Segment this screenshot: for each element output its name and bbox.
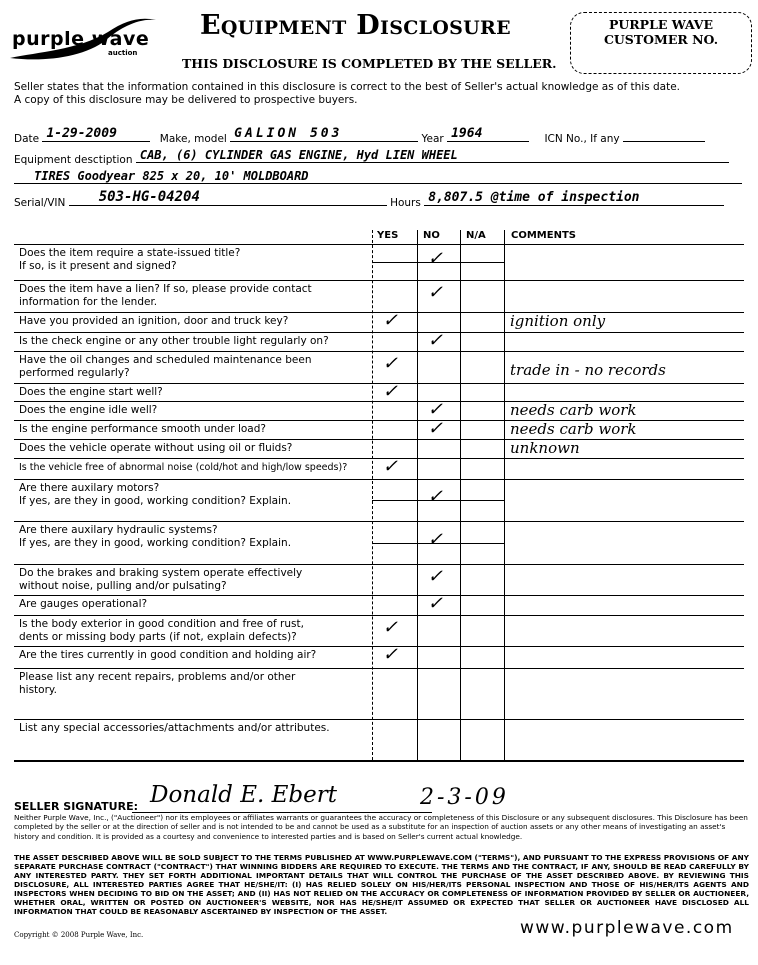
question-text: Does the engine idle well? xyxy=(19,404,157,417)
answer-cell-na[interactable] xyxy=(461,669,503,718)
question-text: Does the item require a state-issued tit… xyxy=(19,247,240,273)
answer-cell-no[interactable] xyxy=(418,313,459,331)
answer-cell-yes[interactable] xyxy=(373,565,416,594)
question-line: Does the engine start well? xyxy=(19,386,163,399)
answer-cell-na[interactable] xyxy=(461,333,503,350)
question-line: If yes, are they in good, working condit… xyxy=(19,537,291,550)
customer-number-box[interactable]: PURPLE WAVE CUSTOMER NO. xyxy=(570,12,752,74)
question-text: Does the vehicle operate without using o… xyxy=(19,442,292,455)
make-model-field[interactable]: GALION 503 xyxy=(230,127,418,142)
description-field-line2[interactable]: TIRES Goodyear 825 x 20, 10' MOLDBOARD xyxy=(14,169,742,184)
seller-signature-handwriting: Donald E. Ebert xyxy=(150,782,337,808)
header-yes: YES xyxy=(377,230,398,241)
question-line: history. xyxy=(19,684,295,697)
answer-cell-yes[interactable] xyxy=(373,522,416,563)
question-line: Does the item require a state-issued tit… xyxy=(19,247,240,260)
table-bottom-border xyxy=(14,760,744,762)
answer-cell-yes[interactable] xyxy=(373,421,416,438)
question-line: Are gauges operational? xyxy=(19,598,147,611)
answer-cell-na[interactable] xyxy=(461,402,503,419)
question-text: Please list any recent repairs, problems… xyxy=(19,671,295,697)
answer-cell-yes[interactable] xyxy=(373,440,416,457)
answer-cell-na[interactable] xyxy=(461,281,503,311)
question-text: Is the engine performance smooth under l… xyxy=(19,423,266,436)
question-text: Are gauges operational? xyxy=(19,598,147,611)
customer-box-line1: PURPLE WAVE xyxy=(571,17,751,32)
question-line: Does the vehicle operate without using o… xyxy=(19,442,292,455)
answer-cell-na[interactable] xyxy=(461,616,503,645)
answer-cell-na[interactable] xyxy=(461,647,503,667)
date-field[interactable]: 1-29-2009 xyxy=(42,127,150,142)
header-no: NO xyxy=(423,230,440,241)
fields-row-2: Equipment desctiption CAB, (6) CYLINDER … xyxy=(14,148,729,166)
answer-cell-yes[interactable] xyxy=(373,480,416,520)
answer-cell-na[interactable] xyxy=(461,480,503,520)
answer-cell-na[interactable] xyxy=(461,421,503,438)
question-line: Is the engine performance smooth under l… xyxy=(19,423,266,436)
answer-cell-yes[interactable] xyxy=(373,281,416,311)
answer-cell-na[interactable] xyxy=(461,384,503,400)
question-text: Does the item have a lien? If so, please… xyxy=(19,283,312,309)
question-line: Do the brakes and braking system operate… xyxy=(19,567,302,580)
question-line: Does the item have a lien? If so, please… xyxy=(19,283,312,296)
answer-cell-yes[interactable] xyxy=(373,669,416,718)
question-line: Are there auxilary hydraulic systems? xyxy=(19,524,291,537)
answer-cell-no[interactable] xyxy=(418,720,459,759)
answer-cell-na[interactable] xyxy=(461,352,503,382)
question-line: Is the check engine or any other trouble… xyxy=(19,335,329,348)
answer-cell-na[interactable] xyxy=(461,245,503,279)
fields-row-3: TIRES Goodyear 825 x 20, 10' MOLDBOARD xyxy=(14,169,742,187)
question-text: Do the brakes and braking system operate… xyxy=(19,567,302,593)
purple-wave-logo: purple wave auction xyxy=(8,10,158,60)
question-text: Does the engine start well? xyxy=(19,386,163,399)
question-text: Are there auxilary motors?If yes, are th… xyxy=(19,482,291,508)
hours-label: Hours xyxy=(390,197,421,209)
header-comments: COMMENTS xyxy=(511,230,576,241)
answer-cell-na[interactable] xyxy=(461,565,503,594)
question-line: If yes, are they in good, working condit… xyxy=(19,495,291,508)
fields-row-1: Date 1-29-2009 Make, model GALION 503 Ye… xyxy=(14,127,705,145)
legal-terms-text: THE ASSET DESCRIBED ABOVE WILL BE SOLD S… xyxy=(14,853,749,916)
question-line: without noise, pulling and/or pulsating? xyxy=(19,580,302,593)
seller-signature-label: SELLER SIGNATURE: xyxy=(14,800,138,813)
question-line: Is the vehicle free of abnormal noise (c… xyxy=(19,461,347,474)
logo-brand-text: purple wave xyxy=(12,28,149,50)
answer-cell-no[interactable] xyxy=(418,647,459,667)
answer-cell-na[interactable] xyxy=(461,313,503,331)
question-text: Are the tires currently in good conditio… xyxy=(19,649,316,662)
question-line: Please list any recent repairs, problems… xyxy=(19,671,295,684)
page-title: Equipment Disclosure xyxy=(200,10,511,41)
comment-field[interactable]: unknown xyxy=(510,439,580,457)
question-line: performed regularly? xyxy=(19,367,311,380)
comment-field[interactable]: needs carb work xyxy=(510,401,637,419)
question-text: Have you provided an ignition, door and … xyxy=(19,315,288,328)
year-field[interactable]: 1964 xyxy=(447,127,529,142)
website-link[interactable]: www.purplewave.com xyxy=(520,918,734,938)
year-label: Year xyxy=(422,133,444,145)
icn-label: ICN No., If any xyxy=(544,133,619,145)
answer-cell-yes[interactable] xyxy=(373,402,416,419)
answer-cell-no[interactable] xyxy=(418,440,459,457)
answer-cell-na[interactable] xyxy=(461,522,503,563)
question-text: Is the body exterior in good condition a… xyxy=(19,618,304,644)
comment-field[interactable]: trade in - no records xyxy=(510,361,666,379)
comment-field[interactable]: ignition only xyxy=(510,312,605,330)
intro-line-1: Seller states that the information conta… xyxy=(14,81,754,94)
answer-cell-no[interactable] xyxy=(418,669,459,718)
answer-cell-na[interactable] xyxy=(461,596,503,614)
copyright-text: Copyright © 2008 Purple Wave, Inc. xyxy=(14,931,143,939)
question-line: Does the engine idle well? xyxy=(19,404,157,417)
answer-cell-yes[interactable] xyxy=(373,333,416,350)
answer-cell-na[interactable] xyxy=(461,459,503,478)
intro-line-2: A copy of this disclosure may be deliver… xyxy=(14,94,754,107)
question-line: Is the body exterior in good condition a… xyxy=(19,618,304,631)
question-text: Is the vehicle free of abnormal noise (c… xyxy=(19,461,347,474)
customer-box-line2: CUSTOMER NO. xyxy=(571,32,751,47)
answer-cell-yes[interactable] xyxy=(373,720,416,759)
answer-cell-yes[interactable] xyxy=(373,245,416,279)
question-line: Are the tires currently in good conditio… xyxy=(19,649,316,662)
hours-field[interactable]: 8,807.5 @time of inspection xyxy=(424,191,724,206)
answer-cell-no[interactable] xyxy=(418,616,459,645)
answer-cell-na[interactable] xyxy=(461,440,503,457)
intro-text: Seller states that the information conta… xyxy=(14,81,754,107)
signature-date: 2-3-09 xyxy=(420,785,509,810)
logo-sub-text: auction xyxy=(108,49,137,57)
answer-cell-yes[interactable] xyxy=(373,596,416,614)
header-na: N/A xyxy=(466,230,486,241)
question-line: List any special accessories/attachments… xyxy=(19,722,330,735)
question-text: Is the check engine or any other trouble… xyxy=(19,335,329,348)
description-field-line1[interactable]: CAB, (6) CYLINDER GAS ENGINE, Hyd LIEN W… xyxy=(136,148,729,163)
question-line: Have the oil changes and scheduled maint… xyxy=(19,354,311,367)
disclaimer-text: Neither Purple Wave, Inc., ("Auctioneer"… xyxy=(14,813,749,841)
icn-field[interactable] xyxy=(623,127,705,142)
answer-cell-na[interactable] xyxy=(461,720,503,759)
question-line: information for the lender. xyxy=(19,296,312,309)
question-line: dents or missing body parts (if not, exp… xyxy=(19,631,304,644)
serial-field[interactable]: 503-HG-04204 xyxy=(69,191,387,206)
answer-cell-no[interactable] xyxy=(418,459,459,478)
question-line: Are there auxilary motors? xyxy=(19,482,291,495)
answer-cell-no[interactable] xyxy=(418,384,459,400)
fields-row-4: Serial/VIN 503-HG-04204 Hours 8,807.5 @t… xyxy=(14,191,724,209)
description-label: Equipment desctiption xyxy=(14,154,133,166)
make-model-label: Make, model xyxy=(160,133,227,145)
question-line: Have you provided an ignition, door and … xyxy=(19,315,288,328)
question-text: List any special accessories/attachments… xyxy=(19,722,330,735)
column-divider-na-comments xyxy=(504,230,505,760)
comment-field[interactable]: needs carb work xyxy=(510,420,637,438)
serial-label: Serial/VIN xyxy=(14,197,65,209)
date-label: Date xyxy=(14,133,39,145)
answer-cell-no[interactable] xyxy=(418,352,459,382)
question-text: Are there auxilary hydraulic systems?If … xyxy=(19,524,291,550)
page-subtitle: THIS DISCLOSURE IS COMPLETED BY THE SELL… xyxy=(182,56,557,71)
question-text: Have the oil changes and scheduled maint… xyxy=(19,354,311,380)
question-line: If so, is it present and signed? xyxy=(19,260,240,273)
